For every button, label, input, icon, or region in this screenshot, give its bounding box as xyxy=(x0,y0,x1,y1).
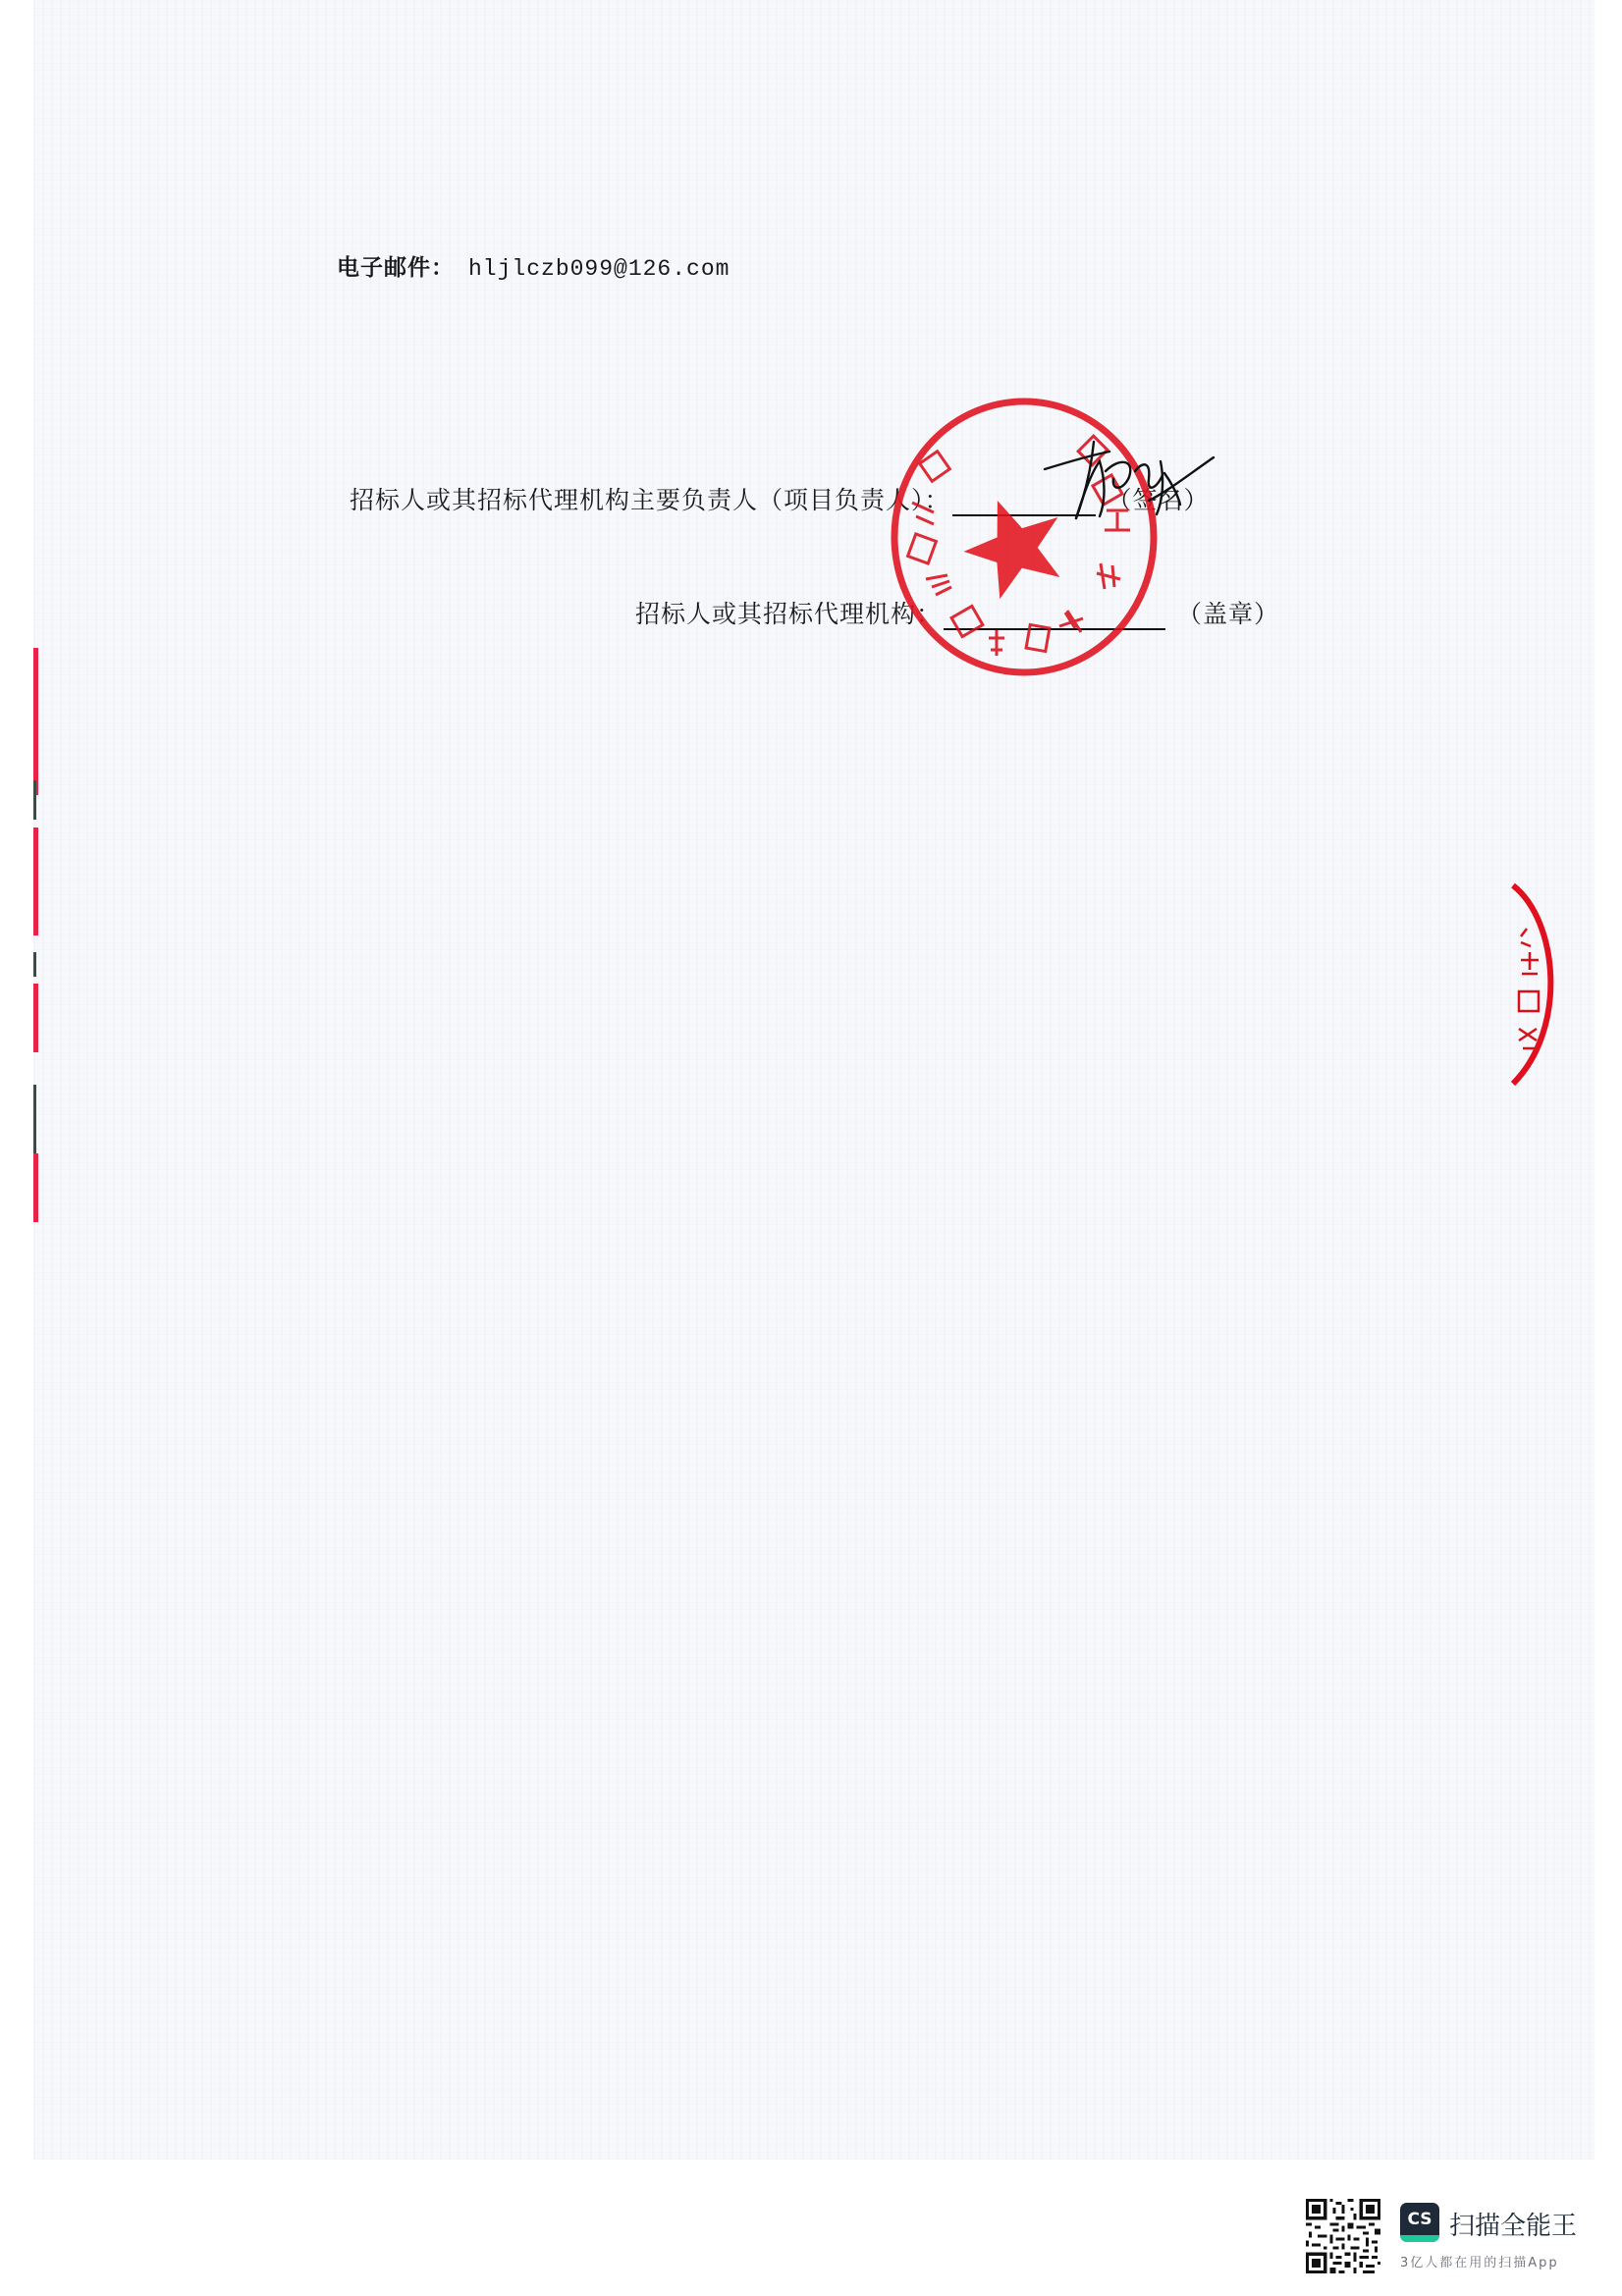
signature-field-label: 招标人或其招标代理机构主要负责人（项目负责人）： xyxy=(350,486,950,514)
scanner-app-badge: CS 扫描全能王 3亿人都在用的扫描App xyxy=(1306,2197,1600,2275)
left-seam-stamp-strip xyxy=(33,1153,38,1222)
logo-text: CS xyxy=(1407,2210,1432,2229)
left-seam-mark xyxy=(33,1085,36,1153)
scanner-app-name: 扫描全能王 xyxy=(1449,2206,1577,2242)
scanned-page xyxy=(33,0,1595,2160)
email-value: hljlczb099@126.com xyxy=(468,256,730,282)
seal-suffix: （盖章） xyxy=(1177,600,1279,628)
handwritten-signature xyxy=(1041,432,1227,530)
left-seam-stamp-strip xyxy=(33,828,38,935)
left-seam-stamp-strip xyxy=(33,648,38,795)
camscanner-logo-icon: CS xyxy=(1400,2203,1439,2242)
email-label: 电子邮件： xyxy=(337,255,455,281)
left-seam-stamp-strip xyxy=(33,984,38,1052)
seam-seal xyxy=(1507,881,1576,1088)
left-seam-mark xyxy=(33,952,36,977)
qr-code-icon xyxy=(1306,2199,1380,2273)
scanner-app-tagline: 3亿人都在用的扫描App xyxy=(1400,2252,1559,2270)
email-row: 电子邮件：hljlczb099@126.com xyxy=(337,249,730,282)
left-seam-mark xyxy=(33,780,36,820)
